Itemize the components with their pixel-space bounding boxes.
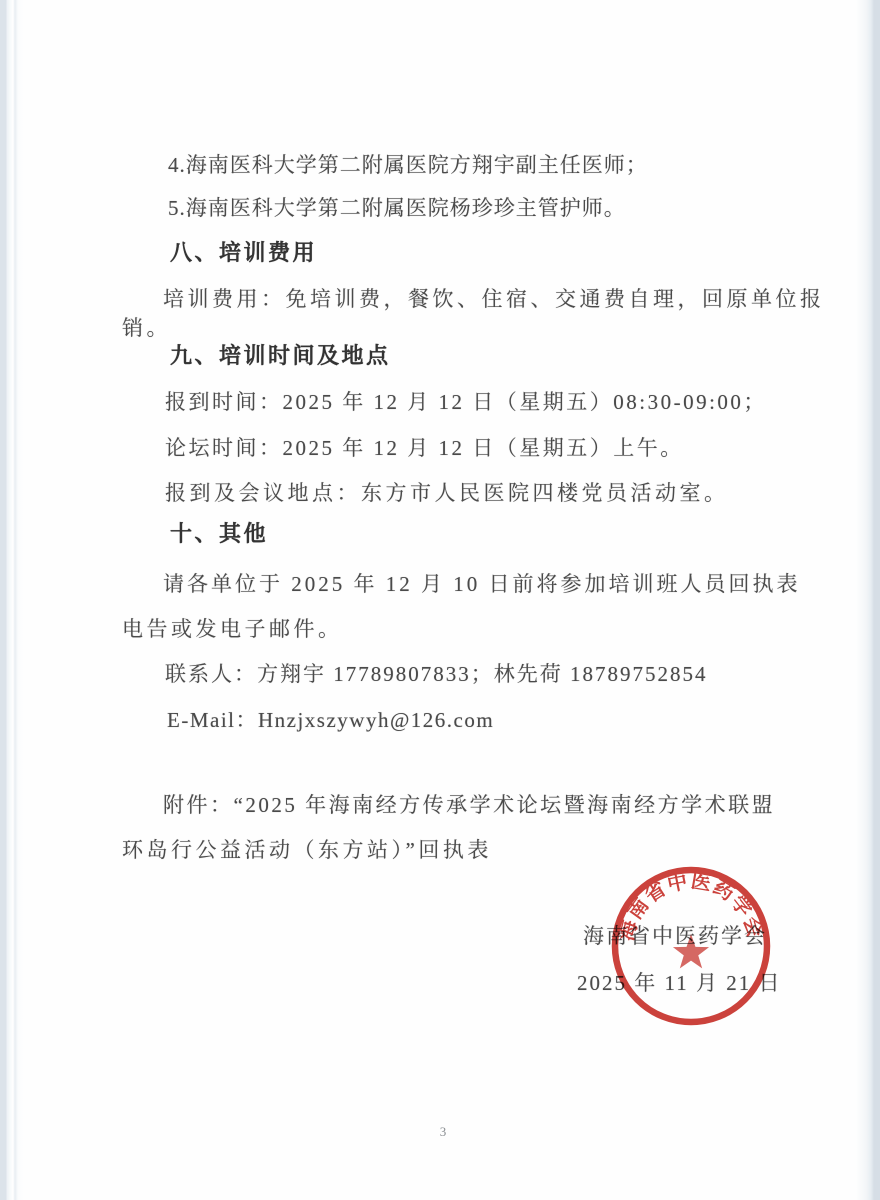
section-8-body-line-1: 培训费用：免培训费，餐饮、住宿、交通费自理，回原单位报 bbox=[163, 283, 825, 313]
scanned-document-page: 4.海南医科大学第二附属医院方翔宇副主任医师； 5.海南医科大学第二附属医院杨珍… bbox=[0, 0, 880, 1200]
section-10-body-line-1: 请各单位于 2025 年 12 月 10 日前将参加培训班人员回执表 bbox=[163, 568, 801, 598]
section-9-venue: 报到及会议地点：东方市人民医院四楼党员活动室。 bbox=[165, 477, 729, 507]
attachment-line-1: 附件：“2025 年海南经方传承学术论坛暨海南经方学术联盟 bbox=[163, 789, 775, 819]
seal-star-icon bbox=[673, 934, 709, 968]
section-8-heading: 八、培训费用 bbox=[170, 236, 317, 267]
contact-persons-line: 联系人：方翔宇 17789807833；林先荷 18789752854 bbox=[165, 658, 708, 688]
seal-ring-text: 海南省中医药学会 bbox=[614, 868, 768, 943]
attachment-line-2: 环岛行公益活动（东方站）”回执表 bbox=[122, 834, 492, 864]
email-line: E-Mail：Hnzjxszywyh@126.com bbox=[167, 704, 494, 734]
section-8-body-line-2: 销。 bbox=[122, 312, 171, 342]
page-number: 3 bbox=[430, 1124, 456, 1140]
section-9-registration-time: 报到时间：2025 年 12 月 12 日（星期五）08:30-09:00； bbox=[165, 386, 767, 416]
svg-text:海南省中医药学会: 海南省中医药学会 bbox=[614, 868, 768, 943]
official-seal-stamp-icon: 海南省中医药学会 bbox=[608, 863, 774, 1029]
section-10-heading: 十、其他 bbox=[170, 517, 268, 548]
list-item-4: 4.海南医科大学第二附属医院方翔宇副主任医师； bbox=[168, 149, 648, 179]
section-10-body-line-2: 电告或发电子邮件。 bbox=[122, 613, 343, 643]
list-item-5: 5.海南医科大学第二附属医院杨珍珍主管护师。 bbox=[168, 192, 626, 222]
section-9-forum-time: 论坛时间：2025 年 12 月 12 日（星期五）上午。 bbox=[165, 432, 684, 462]
section-9-heading: 九、培训时间及地点 bbox=[170, 339, 391, 370]
